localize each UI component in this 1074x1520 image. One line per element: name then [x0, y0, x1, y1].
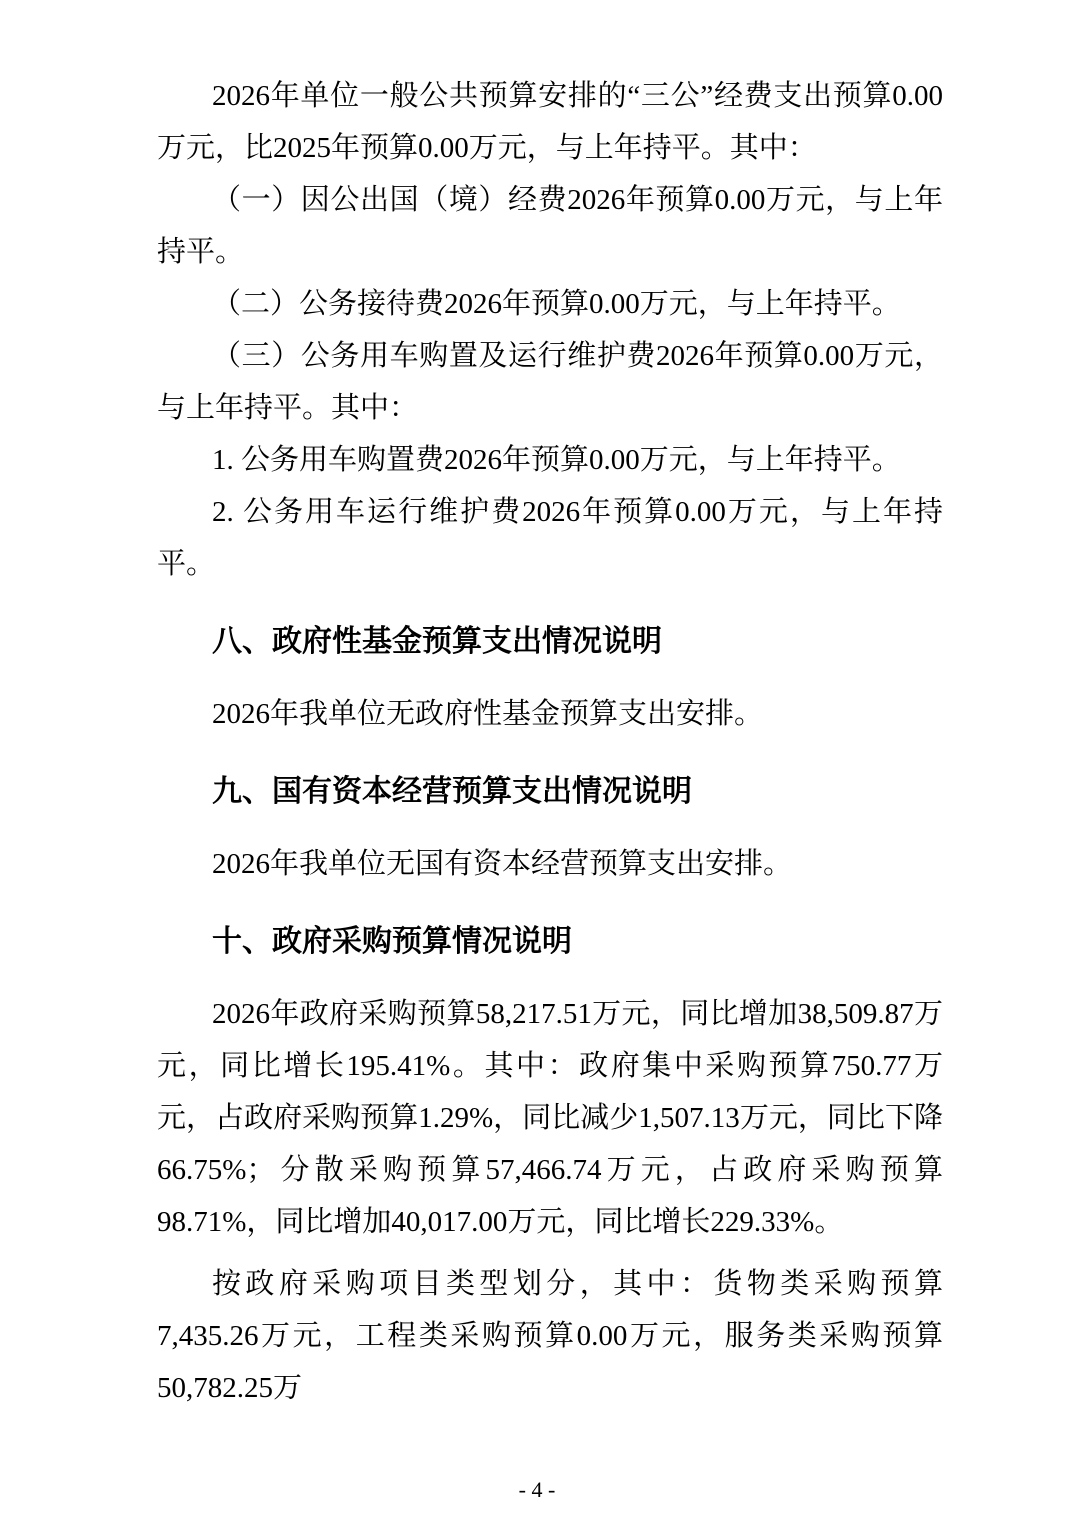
document-content: 2026年单位一般公共预算安排的“三公”经费支出预算0.00万元，比2025年预… — [157, 70, 943, 1414]
paragraph-government-fund-note: 2026年我单位无政府性基金预算支出安排。 — [157, 688, 943, 740]
paragraph-state-capital-note: 2026年我单位无国有资本经营预算支出安排。 — [157, 838, 943, 890]
document-page: 2026年单位一般公共预算安排的“三公”经费支出预算0.00万元，比2025年预… — [0, 0, 1074, 1520]
paragraph-vehicle-maintenance: 2. 公务用车运行维护费2026年预算0.00万元，与上年持平。 — [157, 486, 943, 590]
heading-section-8-government-fund: 八、政府性基金预算支出情况说明 — [157, 616, 943, 668]
page-number: - 4 - — [0, 1474, 1074, 1506]
heading-section-10-procurement: 十、政府采购预算情况说明 — [157, 916, 943, 968]
paragraph-item-1-overseas-trips: （一）因公出国（境）经费2026年预算0.00万元，与上年持平。 — [157, 174, 943, 278]
paragraph-item-2-official-reception: （二）公务接待费2026年预算0.00万元，与上年持平。 — [157, 278, 943, 330]
paragraph-procurement-by-type: 按政府采购项目类型划分，其中：货物类采购预算7,435.26万元，工程类采购预算… — [157, 1258, 943, 1414]
paragraph-sangong-summary: 2026年单位一般公共预算安排的“三公”经费支出预算0.00万元，比2025年预… — [157, 70, 943, 174]
heading-section-9-state-capital: 九、国有资本经营预算支出情况说明 — [157, 766, 943, 818]
paragraph-vehicle-purchase: 1. 公务用车购置费2026年预算0.00万元，与上年持平。 — [157, 434, 943, 486]
paragraph-procurement-overview: 2026年政府采购预算58,217.51万元，同比增加38,509.87万元，同… — [157, 988, 943, 1248]
paragraph-item-3-official-vehicles: （三）公务用车购置及运行维护费2026年预算0.00万元，与上年持平。其中： — [157, 330, 943, 434]
